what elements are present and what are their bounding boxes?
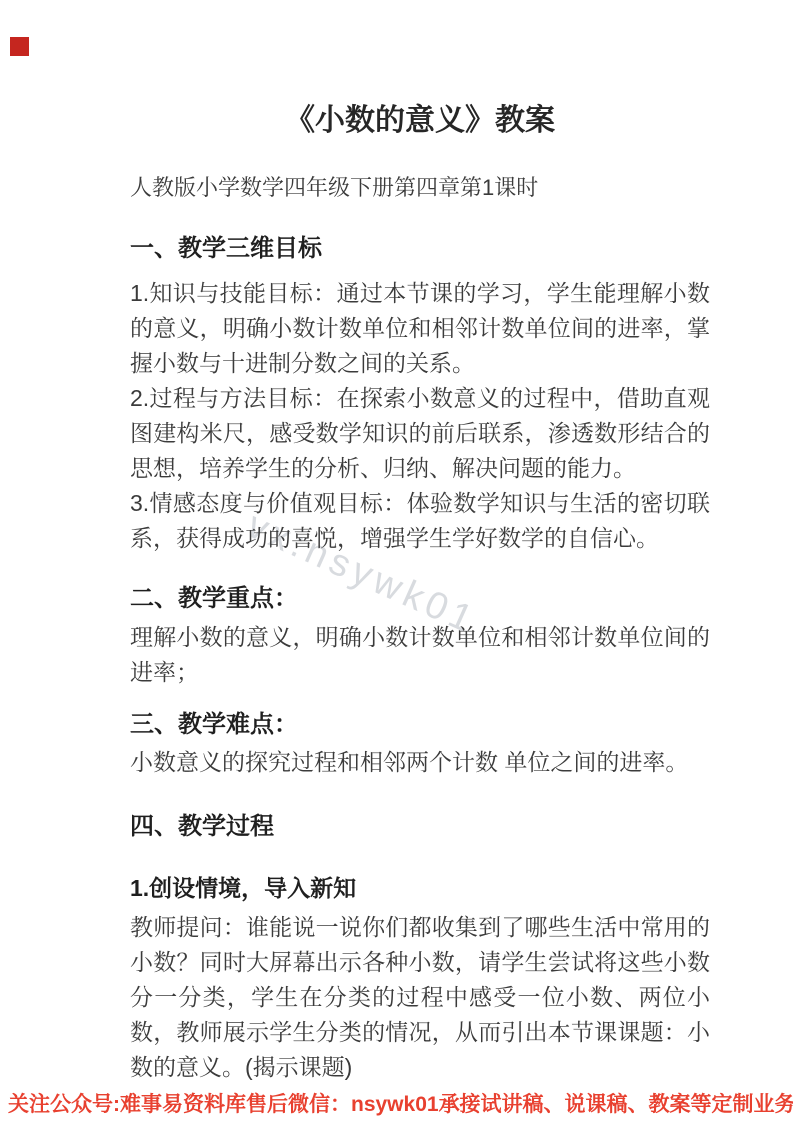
footer-services: 承接试讲稿、说课稿、教案等定制业务	[439, 1088, 793, 1118]
section-heading-objectives: 一、教学三维目标	[130, 234, 710, 264]
paragraph-difficulties: 小数意义的探究过程和相邻两个计数 单位之间的进率。	[130, 745, 710, 780]
subheading-scenario-intro: 1.创设情境，导入新知	[130, 873, 710, 903]
paragraph-knowledge-goal: 1.知识与技能目标：通过本节课的学习，学生能理解小数的意义，明确小数计数单位和相…	[130, 276, 710, 381]
section-body-objectives: 1.知识与技能目标：通过本节课的学习，学生能理解小数的意义，明确小数计数单位和相…	[130, 276, 710, 556]
doc-title: 《小数的意义》教案	[130, 103, 710, 139]
paragraph-process-goal: 2.过程与方法目标：在探索小数意义的过程中，借助直观图建构米尺，感受数学知识的前…	[130, 381, 710, 486]
section-heading-key-points: 二、教学重点：	[130, 584, 710, 614]
section-body-process: 教师提问：谁能说一说你们都收集到了哪些生活中常用的小数？同时大屏幕出示各种小数，…	[130, 910, 710, 1085]
section-body-difficulties: 小数意义的探究过程和相邻两个计数 单位之间的进率。	[130, 745, 710, 780]
footer-official-account: 关注公众号:难事易资料库	[8, 1088, 246, 1118]
section-heading-difficulties: 三、教学难点：	[130, 710, 710, 740]
footer-wechat-contact: 售后微信：nsywk01	[246, 1088, 439, 1118]
footer-note: 关注公众号:难事易资料库 售后微信：nsywk01 承接试讲稿、说课稿、教案等定…	[8, 1088, 785, 1118]
paragraph-key-points: 理解小数的意义，明确小数计数单位和相邻计数单位间的进率；	[130, 620, 710, 690]
document-content: 《小数的意义》教案 人教版小学数学四年级下册第四章第1课时 一、教学三维目标 1…	[0, 0, 793, 1085]
section-heading-process: 四、教学过程	[130, 812, 710, 842]
doc-subtitle: 人教版小学数学四年级下册第四章第1课时	[130, 174, 710, 202]
document-page: vx:nsywk01 《小数的意义》教案 人教版小学数学四年级下册第四章第1课时…	[0, 0, 793, 1122]
paragraph-teacher-question: 教师提问：谁能说一说你们都收集到了哪些生活中常用的小数？同时大屏幕出示各种小数，…	[130, 910, 710, 1085]
section-body-key-points: 理解小数的意义，明确小数计数单位和相邻计数单位间的进率；	[130, 620, 710, 690]
paragraph-emotion-goal: 3.情感态度与价值观目标：体验数学知识与生活的密切联系，获得成功的喜悦，增强学生…	[130, 486, 710, 556]
